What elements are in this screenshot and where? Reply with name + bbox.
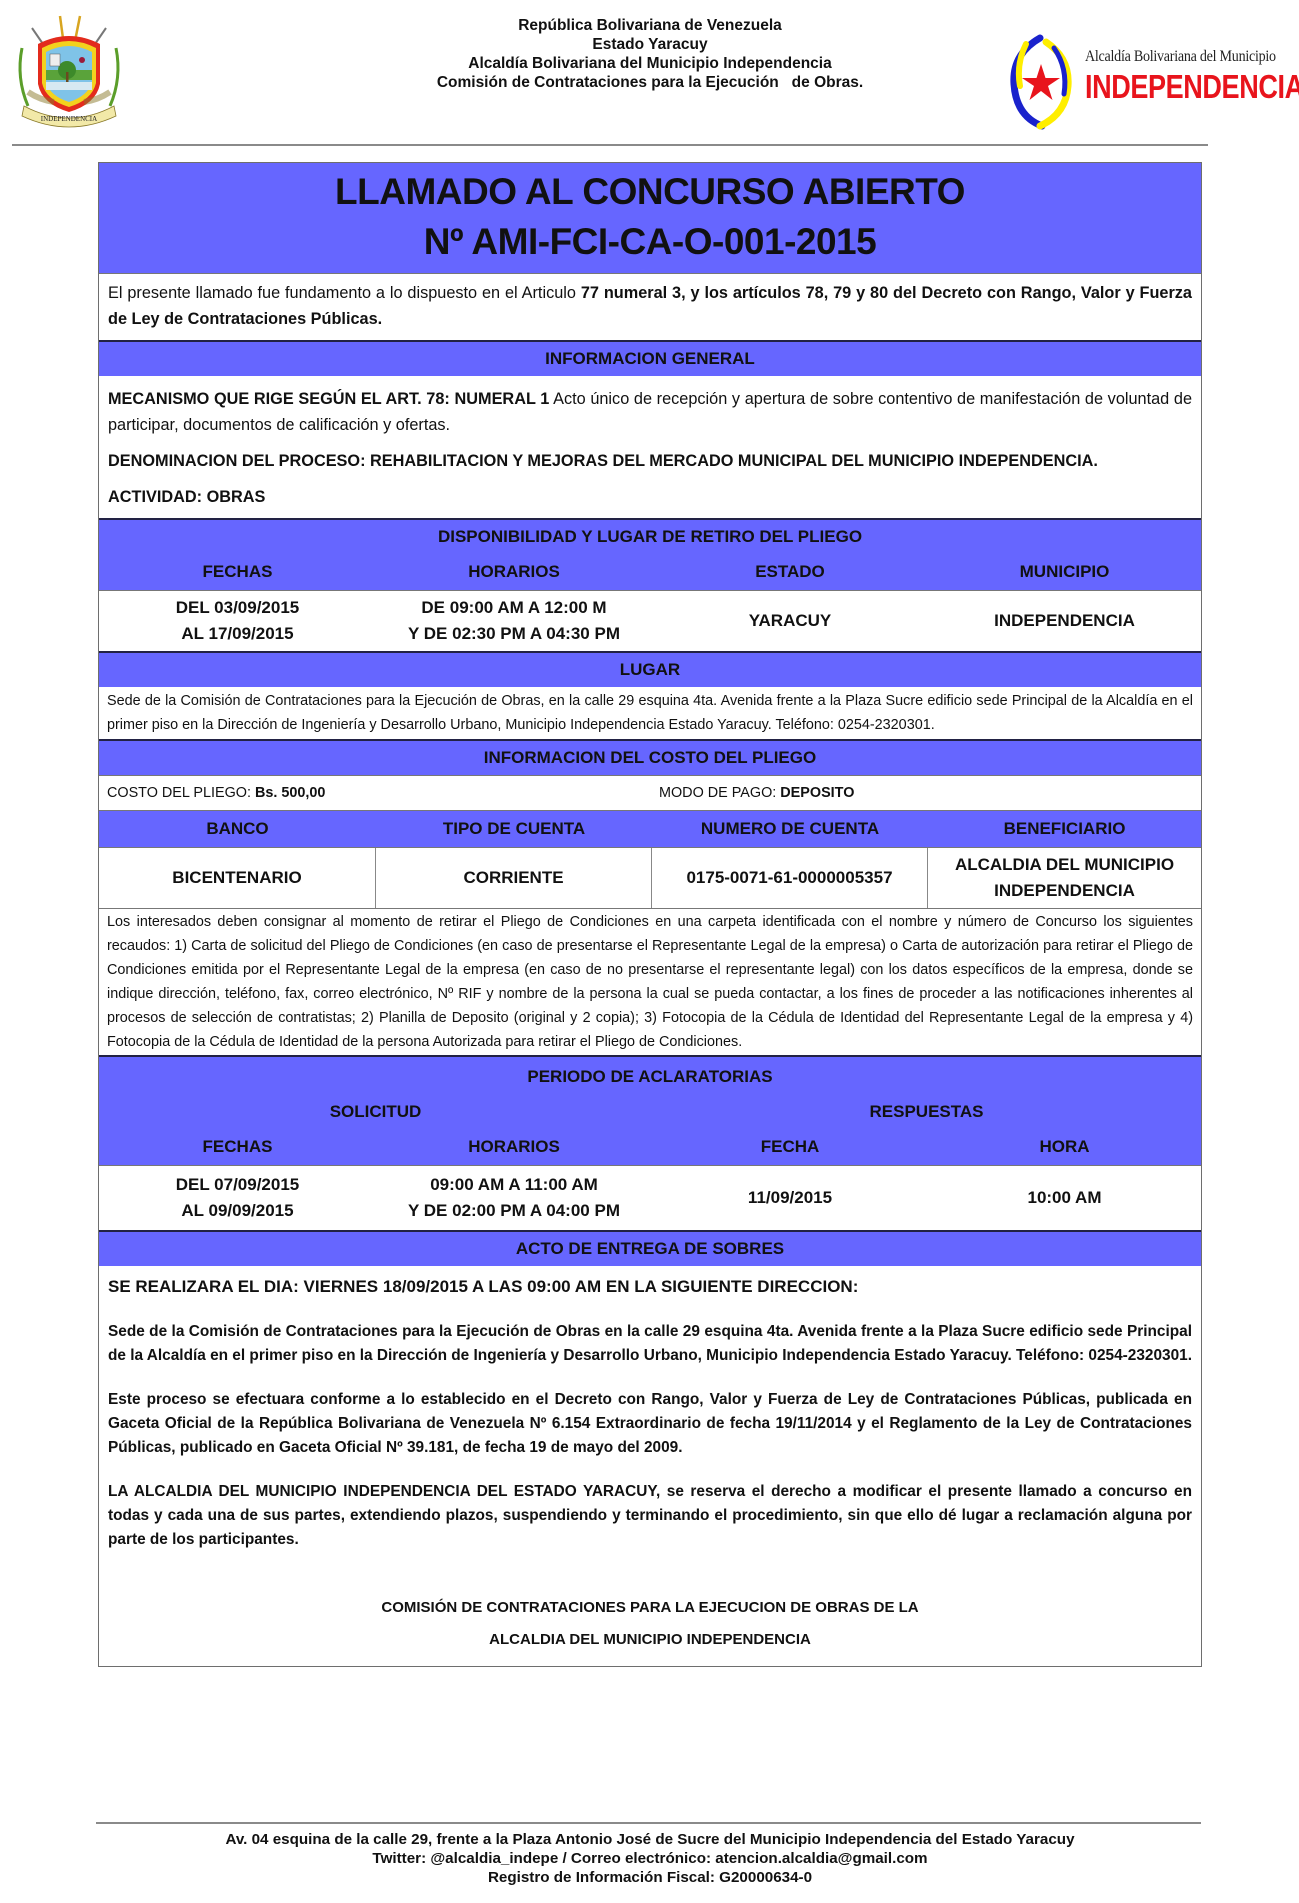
fecha-desde: DEL 07/09/2015	[176, 1172, 300, 1198]
brand-subtitle: Alcaldía Bolivariana del Municipio	[1085, 48, 1299, 66]
fechas-cell: DEL 03/09/2015AL 17/09/2015	[99, 591, 376, 651]
fechas-cell: DEL 07/09/2015AL 09/09/2015	[99, 1166, 376, 1230]
beneficiario-line: INDEPENDENCIA	[955, 878, 1174, 904]
group-respuestas: RESPUESTAS	[652, 1095, 1201, 1129]
section-aclaratorias: PERIODO DE ACLARATORIAS SOLICITUD RESPUE…	[99, 1055, 1201, 1165]
letterhead-line: Comisión de Contrataciones para la Ejecu…	[300, 73, 1000, 92]
letterhead-line: República Bolivariana de Venezuela	[300, 16, 1000, 35]
section-lugar: LUGAR	[99, 651, 1201, 687]
letterhead-text: República Bolivariana de Venezuela Estad…	[300, 16, 1000, 92]
column-header: NUMERO DE CUENTA	[652, 811, 928, 847]
intro-paragraph: El presente llamado fue fundamento a lo …	[99, 274, 1201, 340]
coat-of-arms-icon: INDEPENDENCIA	[10, 8, 128, 128]
star-logo-icon	[1010, 34, 1072, 130]
horarios-cell: DE 09:00 AM A 12:00 MY DE 02:30 PM A 04:…	[376, 591, 652, 651]
disponibilidad-headers: FECHAS HORARIOS ESTADO MUNICIPIO	[99, 554, 1201, 590]
recaudos-text: Los interesados deben consignar al momen…	[99, 909, 1201, 1055]
banco-cell: BICENTENARIO	[99, 848, 376, 908]
footer-divider	[96, 1822, 1201, 1824]
section-disponibilidad: DISPONIBILIDAD Y LUGAR DE RETIRO DEL PLI…	[99, 518, 1201, 590]
group-solicitud: SOLICITUD	[99, 1095, 652, 1129]
actividad-text: ACTIVIDAD: OBRAS	[108, 488, 265, 506]
aclaratorias-headers: FECHAS HORARIOS FECHA HORA	[99, 1129, 1201, 1165]
modo-pago: MODO DE PAGO: DEPOSITO	[651, 776, 1201, 810]
municipio-cell: INDEPENDENCIA	[928, 591, 1201, 651]
letterhead-line: Alcaldía Bolivariana del Municipio Indep…	[300, 54, 1000, 73]
aclaratorias-row: DEL 07/09/2015AL 09/09/2015 09:00 AM A 1…	[99, 1166, 1201, 1230]
horario-manana: 09:00 AM A 11:00 AM	[408, 1172, 620, 1198]
column-header: FECHAS	[99, 1129, 376, 1165]
costo-label: COSTO DEL PLIEGO:	[107, 785, 255, 801]
bank-table-row: BICENTENARIO CORRIENTE 0175-0071-61-0000…	[99, 848, 1201, 908]
svg-text:INDEPENDENCIA: INDEPENDENCIA	[41, 115, 97, 123]
modo-value: DEPOSITO	[780, 785, 854, 801]
section-informacion-general: INFORMACION GENERAL	[99, 340, 1201, 376]
horario-tarde: Y DE 02:30 PM A 04:30 PM	[408, 621, 620, 647]
disponibilidad-row: DEL 03/09/2015AL 17/09/2015 DE 09:00 AM …	[99, 591, 1201, 651]
signature-line: COMISIÓN DE CONTRATACIONES PARA LA EJECU…	[99, 1592, 1201, 1624]
call-for-bids-document: LLAMADO AL CONCURSO ABIERTO Nº AMI-FCI-C…	[98, 162, 1202, 1667]
section-costo-pliego: INFORMACION DEL COSTO DEL PLIEGO	[99, 739, 1201, 775]
aclaratorias-groups: SOLICITUD RESPUESTAS	[99, 1095, 1201, 1129]
letterhead: INDEPENDENCIA República Bolivariana de V…	[0, 0, 1299, 148]
horarios-cell: 09:00 AM A 11:00 AMY DE 02:00 PM A 04:00…	[376, 1166, 652, 1230]
mecanismo-paragraph: MECANISMO QUE RIGE SEGÚN EL ART. 78: NUM…	[99, 386, 1201, 438]
horario-manana: DE 09:00 AM A 12:00 M	[408, 595, 620, 621]
header-divider	[12, 144, 1208, 146]
brand-title: INDEPENDENCIA	[1085, 68, 1299, 106]
beneficiario-cell: ALCALDIA DEL MUNICIPIOINDEPENDENCIA	[928, 848, 1201, 908]
footer-address: Av. 04 esquina de la calle 29, frente a …	[98, 1830, 1202, 1849]
document-title: LLAMADO AL CONCURSO ABIERTO	[99, 167, 1201, 217]
actividad-paragraph: ACTIVIDAD: OBRAS	[99, 484, 1201, 518]
numero-cuenta-cell: 0175-0071-61-0000005357	[652, 848, 928, 908]
reserva-derecho: LA ALCALDIA DEL MUNICIPIO INDEPENDENCIA …	[99, 1480, 1201, 1552]
footer-rif: Registro de Información Fiscal: G2000063…	[98, 1868, 1202, 1887]
fecha-hasta: AL 17/09/2015	[176, 621, 300, 647]
costo-pliego: COSTO DEL PLIEGO: Bs. 500,00	[99, 776, 651, 810]
respuesta-fecha-cell: 11/09/2015	[652, 1166, 928, 1230]
entrega-fecha: SE REALIZARA EL DIA: VIERNES 18/09/2015 …	[99, 1266, 1201, 1300]
column-header: FECHA	[652, 1129, 928, 1165]
base-legal: Este proceso se efectuara conforme a lo …	[99, 1388, 1201, 1460]
signature-block: COMISIÓN DE CONTRATACIONES PARA LA EJECU…	[99, 1592, 1201, 1656]
lugar-text: Sede de la Comisión de Contrataciones pa…	[99, 687, 1201, 739]
column-header: BENEFICIARIO	[928, 811, 1201, 847]
denominacion-paragraph: DENOMINACION DEL PROCESO: REHABILITACION…	[99, 448, 1201, 474]
horario-tarde: Y DE 02:00 PM A 04:00 PM	[408, 1198, 620, 1224]
letterhead-line: Estado Yaracuy	[300, 35, 1000, 54]
beneficiario-line: ALCALDIA DEL MUNICIPIO	[955, 852, 1174, 878]
fecha-hasta: AL 09/09/2015	[176, 1198, 300, 1224]
signature-line: ALCALDIA DEL MUNICIPIO INDEPENDENCIA	[99, 1624, 1201, 1656]
denominacion-text: DENOMINACION DEL PROCESO: REHABILITACION…	[108, 452, 1098, 470]
column-header: HORA	[928, 1129, 1201, 1165]
respuesta-hora-cell: 10:00 AM	[928, 1166, 1201, 1230]
modo-label: MODO DE PAGO:	[659, 785, 780, 801]
column-header: MUNICIPIO	[928, 554, 1201, 590]
bank-table-header: BANCO TIPO DE CUENTA NUMERO DE CUENTA BE…	[99, 810, 1201, 847]
fecha-desde: DEL 03/09/2015	[176, 595, 300, 621]
column-header: HORARIOS	[376, 554, 652, 590]
estado-cell: YARACUY	[652, 591, 928, 651]
costo-value: Bs. 500,00	[255, 785, 325, 801]
aclaratorias-title: PERIODO DE ACLARATORIAS	[99, 1057, 1201, 1095]
section-entrega-sobres: ACTO DE ENTREGA DE SOBRES	[99, 1230, 1201, 1266]
column-header: ESTADO	[652, 554, 928, 590]
column-header: BANCO	[99, 811, 376, 847]
tipo-cuenta-cell: CORRIENTE	[376, 848, 652, 908]
disponibilidad-title: DISPONIBILIDAD Y LUGAR DE RETIRO DEL PLI…	[99, 520, 1201, 554]
document-number: Nº AMI-FCI-CA-O-001-2015	[99, 217, 1201, 267]
mecanismo-label: MECANISMO QUE RIGE SEGÚN EL ART. 78: NUM…	[108, 390, 549, 408]
intro-text: El presente llamado fue fundamento a lo …	[108, 284, 581, 302]
footer-contact: Twitter: @alcaldia_indepe / Correo elect…	[98, 1849, 1202, 1868]
brand-wordmark: Alcaldía Bolivariana del Municipio INDEP…	[1085, 48, 1299, 106]
costo-summary: COSTO DEL PLIEGO: Bs. 500,00 MODO DE PAG…	[99, 776, 1201, 810]
column-header: TIPO DE CUENTA	[376, 811, 652, 847]
footer: Av. 04 esquina de la calle 29, frente a …	[98, 1830, 1202, 1887]
title-band: LLAMADO AL CONCURSO ABIERTO Nº AMI-FCI-C…	[99, 163, 1201, 273]
column-header: HORARIOS	[376, 1129, 652, 1165]
column-header: FECHAS	[99, 554, 376, 590]
entrega-direccion: Sede de la Comisión de Contrataciones pa…	[99, 1320, 1201, 1368]
